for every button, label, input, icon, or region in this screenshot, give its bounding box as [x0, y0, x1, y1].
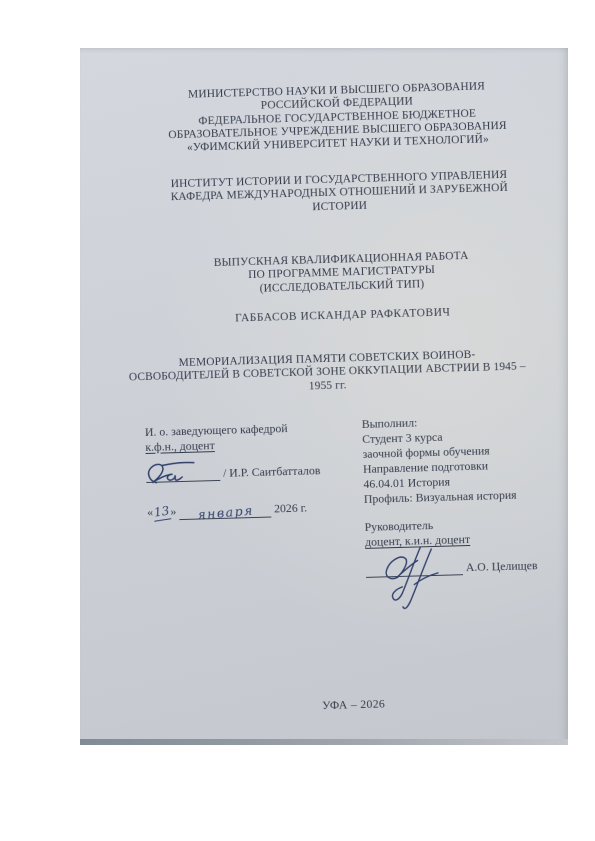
approval-column: И. о. заведующего кафедрой к.ф.н., доцен…	[145, 419, 360, 521]
date-day-handwritten: 13	[152, 503, 171, 521]
thesis-title: МЕМОРИАЛИЗАЦИЯ ПАМЯТИ СОВЕТСКИХ ВОИНОВ- …	[91, 346, 564, 399]
supervisor-block: Руководитель доцент, к.и.н. доцент	[364, 514, 568, 584]
page-background: МИНИСТЕРСТВО НАУКИ И ВЫСШЕГО ОБРАЗОВАНИЯ…	[0, 0, 595, 841]
date-month-line: января	[179, 502, 271, 521]
performer-column: Выполнил: Студент 3 курса заочной формы …	[362, 411, 568, 584]
document-photo: МИНИСТЕРСТВО НАУКИ И ВЫСШЕГО ОБРАЗОВАНИЯ…	[80, 48, 568, 745]
approval-signature-row: / И.Р. Саитбатталов	[146, 459, 359, 489]
supervisor-signature-row: А.О. Целищев	[366, 554, 568, 584]
photo-bottom-edge-shadow	[80, 739, 568, 745]
date-year: 2026 г.	[274, 501, 307, 516]
author-name: ГАББАСОВ ИСКАНДАР РАФКАТОВИЧ	[136, 304, 550, 329]
work-type-block: ВЫПУСКНАЯ КВАЛИФИКАЦИОННАЯ РАБОТА ПО ПРО…	[134, 248, 549, 299]
supervisor-name: А.О. Целищев	[466, 558, 538, 574]
signature-line	[146, 463, 220, 483]
city-year-footer: УФА – 2026	[146, 692, 560, 719]
ministry-block: МИНИСТЕРСТВО НАУКИ И ВЫСШЕГО ОБРАЗОВАНИЯ…	[129, 79, 545, 157]
date-month-handwritten: января	[197, 503, 255, 522]
approval-date: «13» января 2026 г.	[147, 499, 359, 521]
thesis-title-page: МИНИСТЕРСТВО НАУКИ И ВЫСШЕГО ОБРАЗОВАНИЯ…	[80, 48, 568, 745]
institute-block: ИНСТИТУТ ИСТОРИИ И ГОСУДАРСТВЕННОГО УПРА…	[132, 168, 547, 219]
approval-signature-name: / И.Р. Саитбатталов	[223, 463, 321, 480]
tselishchev-signature	[373, 540, 495, 615]
signature-line	[366, 557, 463, 578]
